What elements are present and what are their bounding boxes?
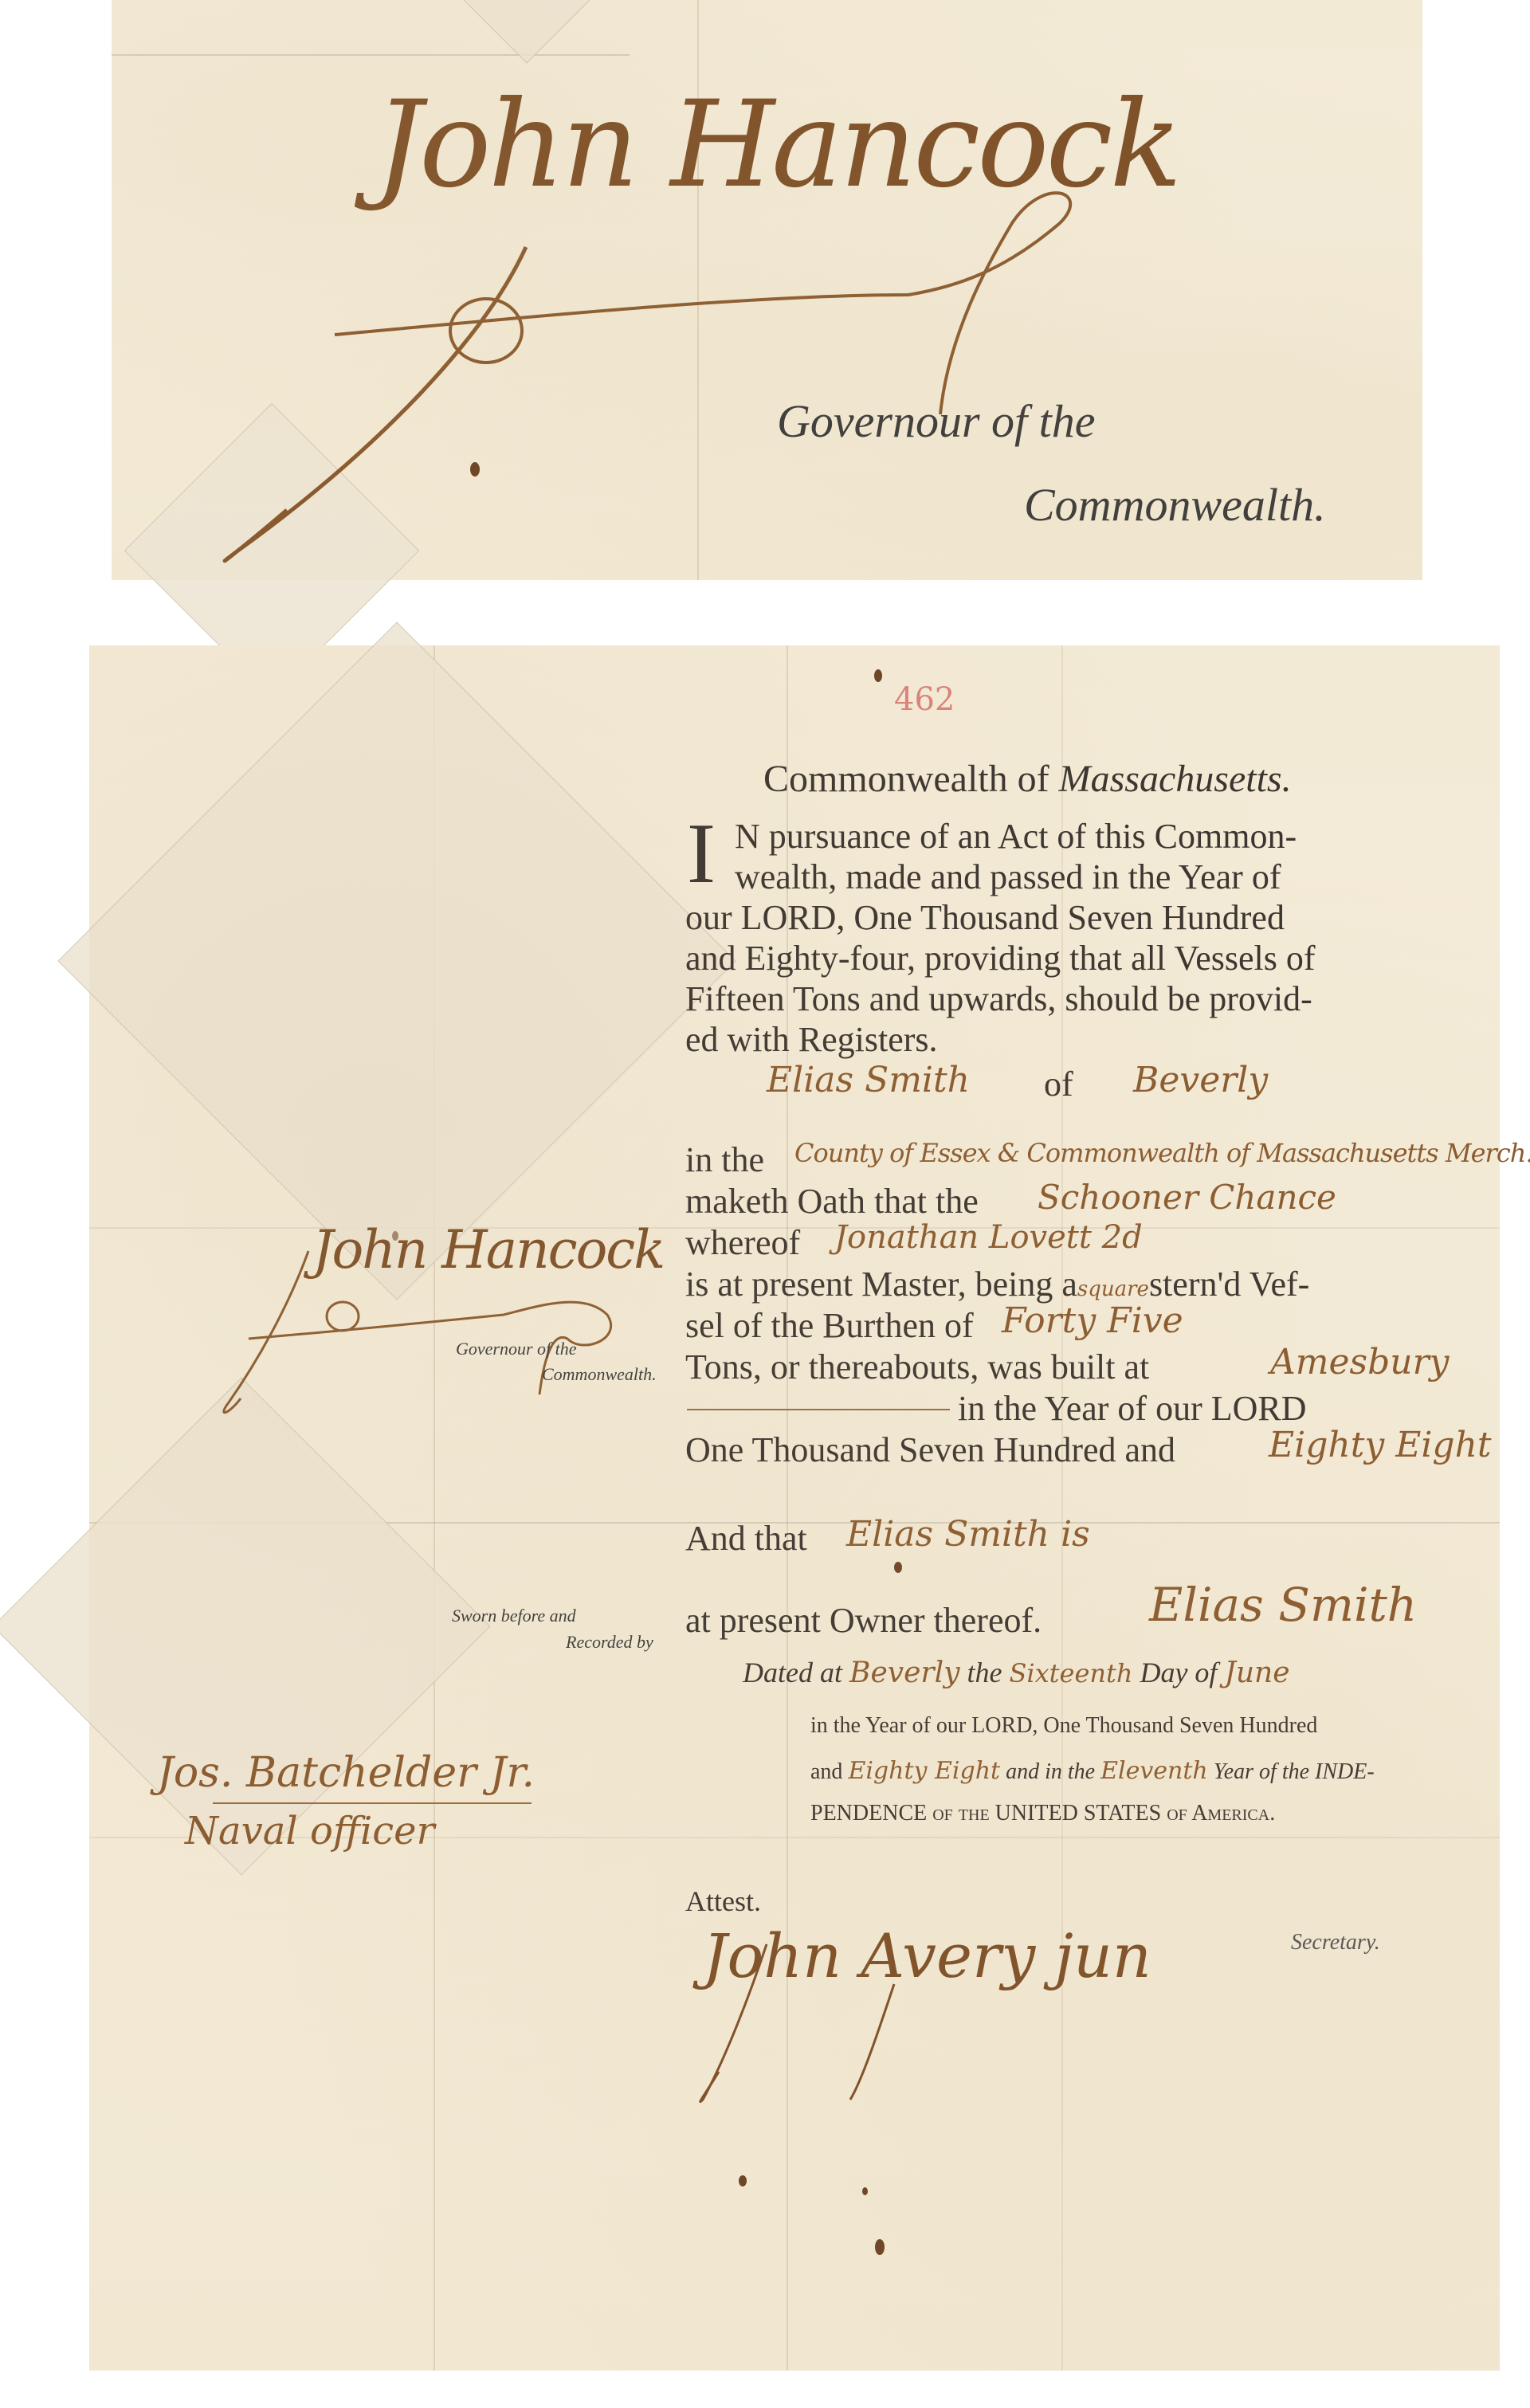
dated-line-3-end: Year of the INDE-	[1214, 1759, 1375, 1784]
glassine-hinge-top	[57, 622, 736, 1300]
governor-signature: John Hancock	[312, 1219, 664, 1280]
owner-name-field: Elias Smith	[767, 1060, 970, 1100]
built-at-field: Amesbury	[1270, 1342, 1450, 1382]
preamble-line-2: wealth, made and passed in the Year of	[735, 857, 1281, 897]
signature-detail-inset: John Hancock Governour of the Commonweal…	[112, 0, 1422, 580]
ink-spot	[739, 2175, 747, 2186]
and-that-label: And that	[685, 1518, 807, 1559]
heading-plain: Commonwealth of	[763, 758, 1049, 800]
dated-year-field: Eighty Eight	[848, 1757, 1000, 1785]
burthen-label: sel of the Burthen of	[685, 1305, 974, 1346]
whereof-label: whereof	[685, 1222, 800, 1263]
master-field: Jonathan Lovett 2d	[834, 1219, 1143, 1256]
sworn-line-2: Recorded by	[566, 1632, 653, 1653]
independence-year-field: Eleventh	[1100, 1757, 1208, 1785]
and-in-the-label: and in the	[1006, 1759, 1095, 1784]
dated-line-4: PENDENCE of the UNITED STATES of America…	[810, 1801, 1275, 1826]
governor-title-1: Governour of the	[456, 1339, 577, 1359]
preamble-line-1: N pursuance of an Act of this Common-	[735, 816, 1297, 857]
dated-month-field: June	[1224, 1657, 1289, 1689]
preamble-line-5: Fifteen Tons and upwards, should be prov…	[685, 978, 1312, 1019]
ink-spot	[392, 1231, 398, 1241]
owner-signature: Elias Smith	[1149, 1578, 1417, 1632]
attest-label: Attest.	[685, 1884, 761, 1918]
document-heading: Commonwealth of Massachusetts.	[763, 757, 1292, 801]
county-field: County of Essex & Commonwealth of Massac…	[794, 1138, 1530, 1168]
and-label: and	[810, 1759, 842, 1784]
drop-cap: I	[687, 811, 716, 897]
governor-title-2: Commonwealth.	[542, 1364, 657, 1385]
owner-town-field: Beverly	[1133, 1060, 1268, 1100]
dated-day-field: Sixteenth	[1009, 1658, 1132, 1688]
master-label-b: stern'd Vef-	[1149, 1265, 1309, 1304]
owner-repeat-field: Elias Smith is	[846, 1514, 1090, 1555]
preamble-line-6: ed with Registers.	[685, 1019, 938, 1060]
ink-spot	[874, 669, 882, 682]
ink-spot	[862, 2187, 868, 2195]
preamble-line-3: our LORD, One Thousand Seven Hundred	[685, 897, 1285, 938]
master-label: is at present Master, being asquarestern…	[685, 1264, 1309, 1304]
vessel-field: Schooner Chance	[1038, 1178, 1336, 1217]
day-of-label: Day of	[1140, 1657, 1217, 1688]
archive-number: 462	[894, 681, 955, 718]
thousand-label: One Thousand Seven Hundred and	[685, 1430, 1175, 1470]
ink-spot	[894, 1562, 902, 1573]
in-the-label: in the	[685, 1139, 764, 1180]
secretary-flourish	[679, 1920, 966, 2112]
built-year-field: Eighty Eight	[1269, 1425, 1492, 1465]
sworn-line-1: Sworn before and	[452, 1606, 576, 1626]
heading-state: Massachusetts.	[1059, 758, 1292, 800]
governor-title-line2: Commonwealth.	[1024, 478, 1326, 531]
preamble-line-4: and Eighty-four, providing that all Vess…	[685, 938, 1316, 978]
secretary-title: Secretary.	[1291, 1930, 1380, 1955]
tons-label: Tons, or thereabouts, was built at	[685, 1347, 1149, 1387]
naval-officer-signature: Jos. Batchelder Jr.	[157, 1749, 535, 1797]
ink-spot	[875, 2239, 885, 2255]
dated-line-1: Dated at Beverly the Sixteenth Day of Ju…	[743, 1656, 1290, 1689]
tonnage-field: Forty Five	[1002, 1300, 1183, 1341]
blank-rule	[687, 1409, 950, 1410]
governor-title-line1: Governour of the	[777, 394, 1096, 448]
of-label: of	[1044, 1064, 1073, 1104]
ink-spot	[470, 462, 480, 477]
ship-register-document: 462 Commonwealth of Massachusetts. I N p…	[89, 645, 1500, 2371]
the-label: the	[967, 1657, 1002, 1688]
master-label-a: is at present Master, being a	[685, 1265, 1077, 1304]
dated-line-3: and Eighty Eight and in the Eleventh Yea…	[810, 1757, 1375, 1785]
dated-line-2: in the Year of our LORD, One Thousand Se…	[810, 1713, 1317, 1739]
naval-officer-title: Naval officer	[185, 1809, 434, 1853]
stern-type-field: square	[1077, 1277, 1149, 1301]
year-label: in the Year of our LORD	[958, 1388, 1307, 1429]
hancock-signature: John Hancock	[375, 76, 1179, 214]
signature-underline	[213, 1802, 532, 1804]
present-owner-label: at present Owner thereof.	[685, 1600, 1042, 1641]
dated-place-field: Beverly	[849, 1657, 959, 1689]
dated-at-label: Dated at	[743, 1657, 842, 1688]
oath-label: maketh Oath that the	[685, 1181, 979, 1222]
